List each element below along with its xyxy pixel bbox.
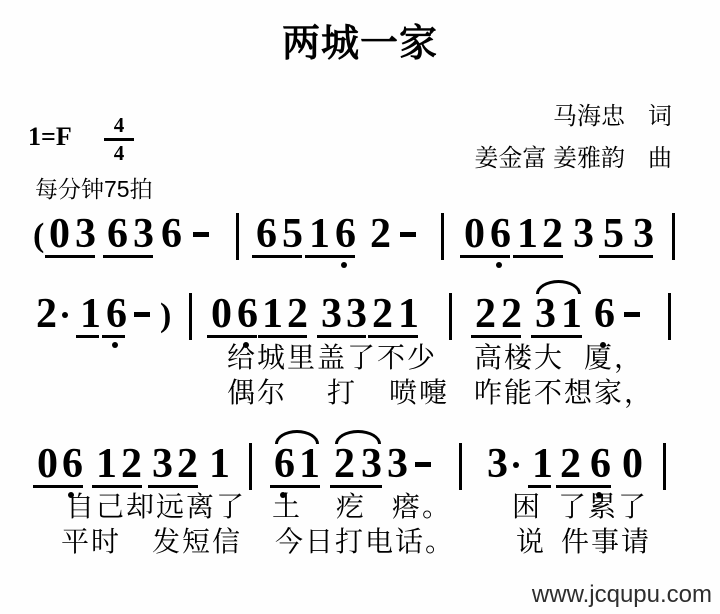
barline	[189, 293, 192, 340]
beam-underline	[513, 255, 563, 258]
beam-underline	[148, 485, 198, 488]
key-signature: 1=F	[28, 122, 72, 152]
barline	[459, 443, 462, 490]
note-digit: 3	[321, 293, 342, 335]
note-digit: 1	[96, 443, 117, 485]
beam-underline	[76, 335, 99, 338]
note-digit: 2	[36, 293, 57, 335]
octave-dot	[341, 262, 347, 268]
dash-continuation	[415, 462, 431, 467]
note-digit: 6	[106, 293, 127, 335]
beam-underline	[471, 335, 521, 338]
beam-underline	[45, 255, 95, 258]
note-digit: 1	[262, 293, 283, 335]
beam-underline	[531, 335, 582, 338]
lyrics-segment: 发短信	[152, 526, 242, 558]
lyrics-segment: 平时	[61, 526, 121, 558]
dash-continuation	[193, 232, 209, 237]
lyricist-role: 词	[648, 103, 672, 130]
lyrics-segment: 说	[516, 526, 546, 558]
barline	[672, 213, 675, 260]
beam-underline	[92, 485, 142, 488]
tempo-marking: 每分钟75拍	[35, 171, 153, 204]
lyrics-segment: 瘩。	[392, 491, 452, 523]
lyrics-segment: 困	[512, 491, 542, 523]
note-digit: 3	[573, 213, 594, 255]
composer-credit: 姜金富 姜雅韵曲	[474, 138, 672, 173]
beam-underline	[528, 485, 551, 488]
note-digit: 0	[211, 293, 232, 335]
note-digit: 6	[237, 293, 258, 335]
note-digit: 5	[282, 213, 303, 255]
lyrics-segment: 喷嚏	[389, 377, 449, 409]
lyrics-row: 给城里盖了不少高楼大厦，	[0, 342, 720, 376]
sheet-music-page: 两城一家 马海忠词 姜金富 姜雅韵曲 1=F 4 4 每分钟75拍 (03636…	[0, 0, 720, 614]
note-digit: 3	[75, 213, 96, 255]
slur-arc	[335, 430, 381, 444]
lyrics-segment: 高楼大	[474, 342, 564, 374]
lyrics-row: 自己却远离了土疙瘩。困了累了	[0, 491, 720, 525]
note-digit: 2	[334, 443, 355, 485]
note-digit: 6	[594, 293, 615, 335]
note-digit: 1	[561, 293, 582, 335]
beam-underline	[207, 335, 257, 338]
beam-underline	[103, 255, 153, 258]
note-digit: 6	[274, 443, 295, 485]
note-digit: 0	[464, 213, 485, 255]
barline	[663, 443, 666, 490]
lyrics-segment: 打	[327, 377, 357, 409]
note-digit: 6	[161, 213, 182, 255]
note-digit: 1	[532, 443, 553, 485]
lyrics-segment: 疙	[336, 491, 366, 523]
note-digit: 3	[133, 213, 154, 255]
note-digit: 2	[287, 293, 308, 335]
note-digit: 6	[335, 213, 356, 255]
slur-arc	[275, 430, 319, 444]
beam-underline	[599, 255, 653, 258]
lyrics-segment: 今日打电话。	[275, 526, 455, 558]
note-digit: 1	[209, 443, 230, 485]
note-digit: 1	[299, 443, 320, 485]
barline	[249, 443, 252, 490]
beam-underline	[258, 335, 307, 338]
slur-arc	[536, 280, 581, 294]
lyrics-segment: 自己却远离了	[66, 491, 246, 523]
note-digit: 3	[487, 443, 508, 485]
parenthesis: (	[33, 219, 44, 253]
octave-dot	[496, 262, 502, 268]
note-digit: 3	[387, 443, 408, 485]
time-signature: 4 4	[104, 114, 134, 165]
lyrics-segment: 件事请	[561, 526, 651, 558]
note-digit: 1	[309, 213, 330, 255]
note-digit: 2	[560, 443, 581, 485]
note-digit: 3	[346, 293, 367, 335]
note-digit: 6	[256, 213, 277, 255]
note-digit: 0	[37, 443, 58, 485]
note-digit: 0	[622, 443, 643, 485]
barline	[449, 293, 452, 340]
note-digit: 5	[603, 213, 624, 255]
beam-underline	[270, 485, 320, 488]
song-title: 两城一家	[0, 12, 720, 67]
composer-role: 曲	[648, 145, 672, 172]
watermark-url: www.jcqupu.com	[532, 581, 712, 609]
beam-underline	[33, 485, 83, 488]
time-signature-denominator: 4	[104, 141, 134, 165]
dash-continuation	[624, 312, 640, 317]
lyrics-segment: 给城里盖了不少	[227, 342, 437, 374]
beam-underline	[317, 335, 366, 338]
lyricist-names: 马海忠	[553, 103, 625, 130]
barline	[441, 213, 444, 260]
note-digit: 3	[361, 443, 382, 485]
beam-underline	[460, 255, 510, 258]
note-digit: 6	[590, 443, 611, 485]
note-digit: 3	[152, 443, 173, 485]
beam-underline	[330, 485, 382, 488]
note-digit: 0	[49, 213, 70, 255]
note-digit: 2	[370, 213, 391, 255]
note-digit: 1	[80, 293, 101, 335]
lyrics-row: 偶尔打喷嚏咋能不想家，	[0, 377, 720, 411]
dash-continuation	[134, 312, 150, 317]
note-digit: 2	[475, 293, 496, 335]
lyricist-credit: 马海忠词	[553, 96, 672, 131]
barline	[236, 213, 239, 260]
beam-underline	[102, 335, 125, 338]
beam-underline	[556, 485, 611, 488]
note-digit: 2	[372, 293, 393, 335]
note-digit: 3	[633, 213, 654, 255]
beam-underline	[252, 255, 302, 258]
note-digit: 2	[501, 293, 522, 335]
parenthesis: )	[160, 299, 171, 333]
note-digit: 2	[542, 213, 563, 255]
lyrics-row: 平时发短信今日打电话。说件事请	[0, 526, 720, 560]
augmentation-dot	[62, 312, 68, 318]
composer-names: 姜金富 姜雅韵	[474, 145, 625, 172]
lyrics-segment: 了累了	[558, 491, 648, 523]
notation-line: (03636651620612353	[0, 212, 720, 272]
note-digit: 6	[107, 213, 128, 255]
note-digit: 3	[535, 293, 556, 335]
dash-continuation	[400, 232, 416, 237]
beam-underline	[305, 255, 355, 258]
lyrics-segment: 咋能不想家，	[474, 377, 654, 409]
note-digit: 2	[177, 443, 198, 485]
augmentation-dot	[513, 462, 519, 468]
note-digit: 2	[121, 443, 142, 485]
note-digit: 6	[490, 213, 511, 255]
barline	[668, 293, 671, 340]
lyrics-segment: 偶尔	[227, 377, 287, 409]
beam-underline	[368, 335, 418, 338]
lyrics-segment: 土	[272, 491, 302, 523]
note-digit: 1	[398, 293, 419, 335]
note-digit: 6	[62, 443, 83, 485]
lyrics-segment: 厦，	[584, 342, 644, 374]
time-signature-numerator: 4	[104, 114, 134, 141]
note-digit: 1	[517, 213, 538, 255]
